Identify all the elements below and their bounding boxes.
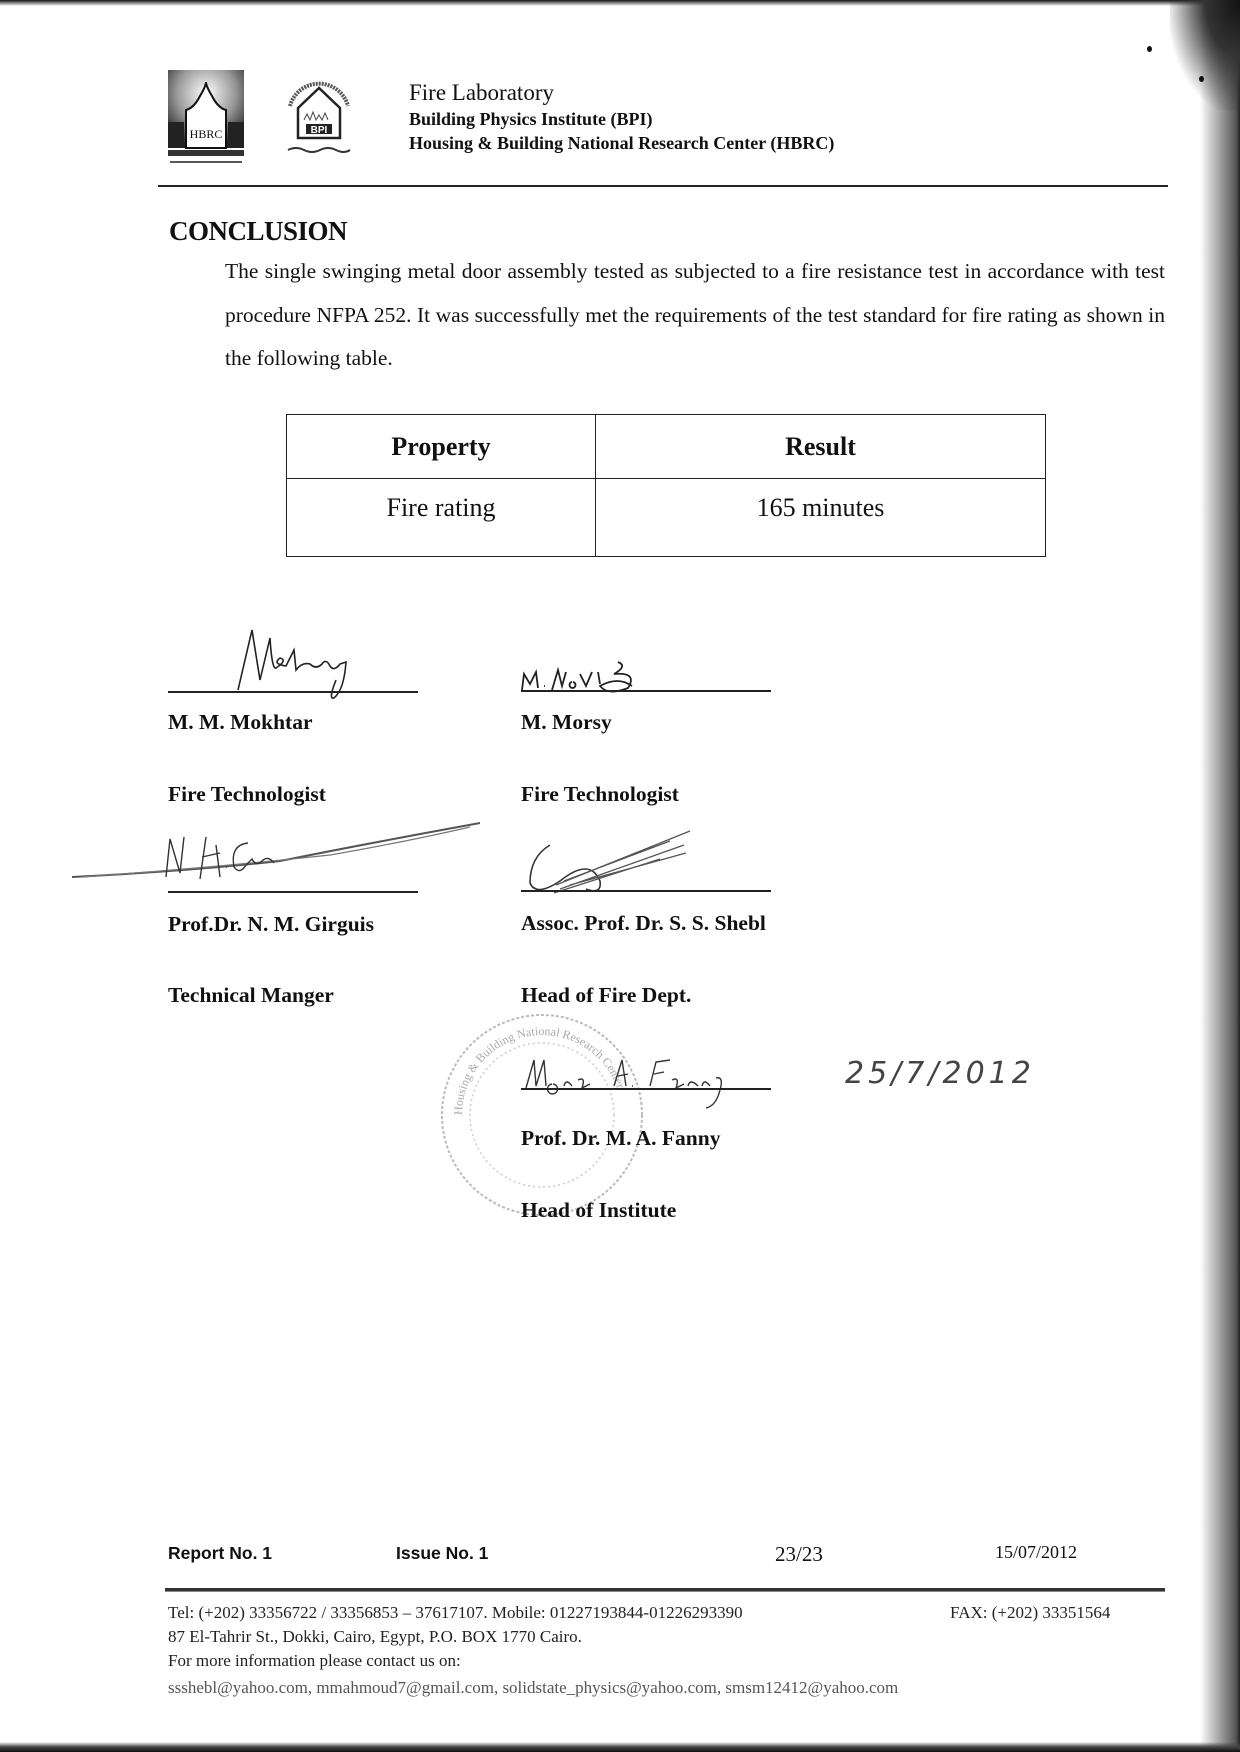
signatory-title: Technical Manger — [168, 983, 334, 1008]
institute-name: Building Physics Institute (BPI) — [409, 109, 653, 130]
signatory-name: Prof. Dr. M. A. Fanny — [521, 1126, 720, 1151]
hbrc-logo: HBRC — [168, 70, 244, 166]
scan-edge-bottom — [0, 1742, 1240, 1752]
table-header-row: Property Result — [287, 415, 1046, 479]
signature-line — [168, 691, 418, 693]
signature-morsy — [518, 650, 698, 710]
page-number: 23/23 — [775, 1542, 823, 1567]
scan-corner-shadow — [1170, 0, 1240, 110]
report-number: Report No. 1 — [168, 1543, 272, 1564]
report-date: 15/07/2012 — [995, 1542, 1077, 1563]
scan-speck — [1199, 76, 1204, 82]
contact-fax: FAX: (+202) 33351564 — [950, 1603, 1110, 1623]
signatory-title: Head of Fire Dept. — [521, 983, 691, 1008]
signatory-title: Head of Institute — [521, 1198, 676, 1223]
contact-phone: Tel: (+202) 33356722 / 33356853 – 376171… — [168, 1603, 743, 1623]
svg-text:HBRC: HBRC — [190, 127, 223, 141]
contact-address: 87 El-Tahrir St., Dokki, Cairo, Egypt, P… — [168, 1627, 582, 1647]
column-header: Result — [596, 415, 1046, 479]
scan-edge-right — [1200, 0, 1240, 1752]
footer-divider — [165, 1588, 1165, 1592]
section-heading: CONCLUSION — [169, 216, 347, 247]
signatory-name: Prof.Dr. N. M. Girguis — [168, 912, 374, 937]
signatory-title: Fire Technologist — [521, 782, 679, 807]
signature-line — [521, 890, 771, 892]
handwritten-date: 25/7/2012 — [845, 1056, 1035, 1091]
center-name: Housing & Building National Research Cen… — [409, 133, 834, 154]
signature-line — [168, 891, 418, 893]
signature-mokhtar — [230, 620, 430, 720]
issue-number: Issue No. 1 — [396, 1543, 488, 1564]
signatory-title: Fire Technologist — [168, 782, 326, 807]
signature-line — [521, 1088, 771, 1090]
bpi-logo: BPI — [282, 78, 356, 158]
institute-stamp: Housing & Building National Research Cen… — [432, 1010, 652, 1220]
signature-girguis — [70, 815, 490, 885]
signature-line — [521, 690, 771, 692]
scan-speck — [1147, 46, 1152, 52]
svg-text:BPI: BPI — [311, 125, 328, 136]
conclusion-paragraph: The single swinging metal door assembly … — [225, 250, 1165, 381]
signatory-name: Assoc. Prof. Dr. S. S. Shebl — [521, 911, 766, 936]
table-cell: Fire rating — [287, 479, 596, 557]
results-table: Property Result Fire rating 165 minutes — [286, 414, 1046, 557]
signature-shebl — [520, 825, 700, 905]
column-header: Property — [287, 415, 596, 479]
signature-fanny — [520, 1050, 790, 1110]
table-row: Fire rating 165 minutes — [287, 479, 1046, 557]
table-cell: 165 minutes — [596, 479, 1046, 557]
contact-info-label: For more information please contact us o… — [168, 1651, 461, 1671]
header-divider — [158, 185, 1168, 187]
contact-emails: ssshebl@yahoo.com, mmahmoud7@gmail.com, … — [168, 1678, 898, 1698]
signatory-name: M. M. Mokhtar — [168, 710, 313, 735]
signatory-name: M. Morsy — [521, 710, 612, 735]
scan-edge-top — [0, 0, 1240, 6]
lab-name: Fire Laboratory — [409, 80, 554, 106]
